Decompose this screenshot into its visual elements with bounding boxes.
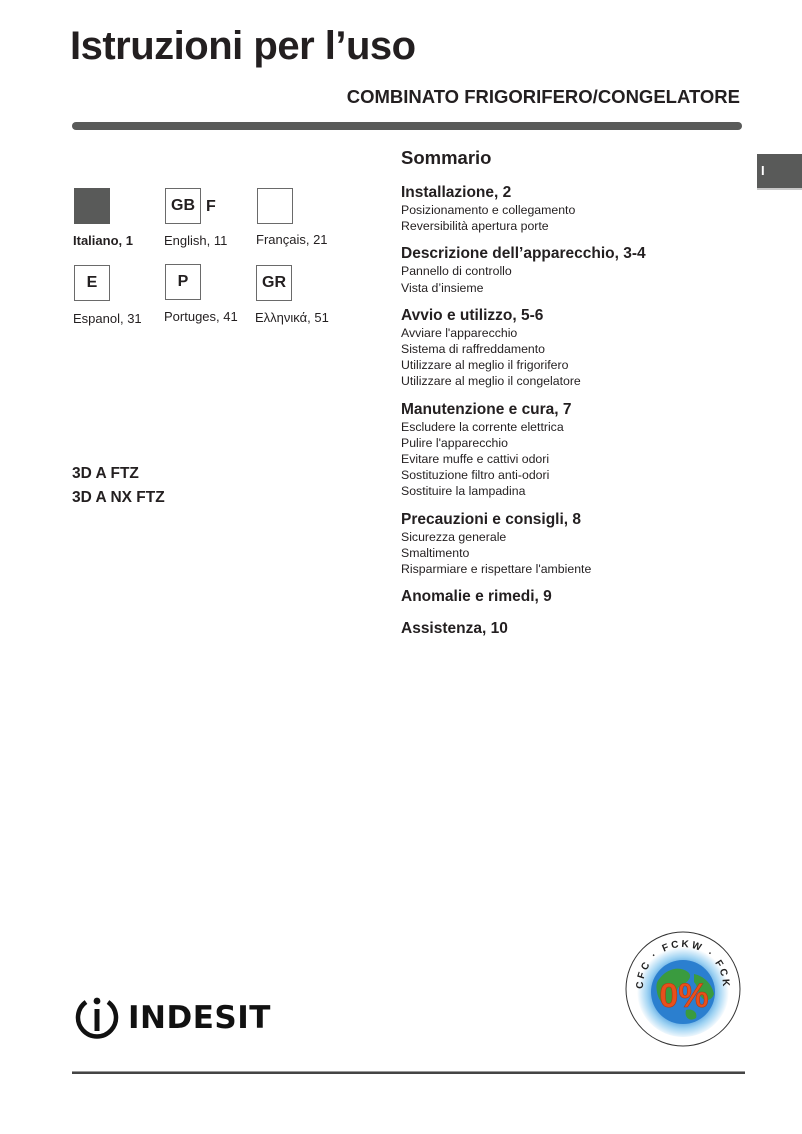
toc-item[interactable]: Reversibilità apertura porte xyxy=(401,218,761,234)
toc-item[interactable]: Evitare muffe e cattivi odori xyxy=(401,451,761,467)
language-box-francais[interactable] xyxy=(257,188,293,224)
badge-center-text: 0% xyxy=(659,977,708,1015)
toc-section: Avvio e utilizzo, 5-6Avviare l'apparecch… xyxy=(401,306,761,390)
language-label-espanol[interactable]: Espanol, 31 xyxy=(73,311,142,326)
indesit-i-logo-icon xyxy=(72,993,122,1043)
model-list: 3D A FTZ 3D A NX FTZ xyxy=(72,462,165,510)
toc-section: Anomalie e rimedi, 9 xyxy=(401,587,761,606)
language-box-english[interactable]: GB xyxy=(165,188,201,224)
toc-item[interactable]: Escludere la corrente elettrica xyxy=(401,419,761,435)
toc-section-heading[interactable]: Avvio e utilizzo, 5-6 xyxy=(401,306,761,325)
toc-section-heading[interactable]: Manutenzione e cura, 7 xyxy=(401,400,761,419)
language-box-portuges[interactable]: P xyxy=(165,264,201,300)
language-label-italiano[interactable]: Italiano, 1 xyxy=(73,233,133,248)
language-box-extra-code: F xyxy=(206,198,216,216)
toc-item[interactable]: Sicurezza generale xyxy=(401,529,761,545)
brand-name: INDESIT xyxy=(128,1000,271,1036)
model-name: 3D A NX FTZ xyxy=(72,486,165,510)
product-type-subtitle: COMBINATO FRIGORIFERO/CONGELATORE xyxy=(347,86,740,108)
toc-item[interactable]: Sistema di raffreddamento xyxy=(401,341,761,357)
toc-item[interactable]: Utilizzare al meglio il frigorifero xyxy=(401,357,761,373)
cfc-free-badge: 0% CFC · FCKW · FCK xyxy=(624,930,742,1048)
toc-item[interactable]: Pannello di controllo xyxy=(401,263,761,279)
language-side-tab-label: I xyxy=(761,163,765,178)
toc-section: Descrizione dell’apparecchio, 3-4Pannell… xyxy=(401,244,761,295)
toc-item[interactable]: Posizionamento e collegamento xyxy=(401,202,761,218)
page-title: Istruzioni per l’uso xyxy=(70,24,416,68)
language-side-tab: I xyxy=(757,154,802,190)
toc-section-heading[interactable]: Descrizione dell’apparecchio, 3-4 xyxy=(401,244,761,263)
toc-item[interactable]: Utilizzare al meglio il congelatore xyxy=(401,373,761,389)
language-box-espanol[interactable]: E xyxy=(74,265,110,301)
language-box-greek[interactable]: GR xyxy=(256,265,292,301)
toc-section-heading[interactable]: Precauzioni e consigli, 8 xyxy=(401,510,761,529)
toc-item[interactable]: Risparmiare e rispettare l'ambiente xyxy=(401,561,761,577)
language-label-greek[interactable]: Ελληνικά, 51 xyxy=(255,310,329,325)
toc-section-heading[interactable]: Installazione, 2 xyxy=(401,183,761,202)
toc-section: Manutenzione e cura, 7Escludere la corre… xyxy=(401,400,761,500)
table-of-contents: Sommario Installazione, 2Posizionamento … xyxy=(401,146,761,651)
model-name: 3D A FTZ xyxy=(72,462,165,486)
toc-section: Assistenza, 10 xyxy=(401,619,761,638)
footer-divider xyxy=(72,1071,745,1074)
language-box-italiano[interactable] xyxy=(74,188,110,224)
toc-item[interactable]: Vista d’insieme xyxy=(401,280,761,296)
language-label-english[interactable]: English, 11 xyxy=(164,233,227,248)
toc-item[interactable]: Sostituire la lampadina xyxy=(401,483,761,499)
language-label-portuges[interactable]: Portuges, 41 xyxy=(164,309,238,324)
toc-item[interactable]: Avviare l'apparecchio xyxy=(401,325,761,341)
toc-title: Sommario xyxy=(401,146,761,170)
language-label-francais[interactable]: Français, 21 xyxy=(256,232,328,247)
toc-section: Installazione, 2Posizionamento e collega… xyxy=(401,183,761,234)
header-divider xyxy=(72,122,742,130)
indesit-logo: INDESIT xyxy=(72,994,271,1042)
toc-section-heading[interactable]: Anomalie e rimedi, 9 xyxy=(401,587,761,606)
toc-item[interactable]: Sostituzione filtro anti-odori xyxy=(401,467,761,483)
toc-section-heading[interactable]: Assistenza, 10 xyxy=(401,619,761,638)
toc-section: Precauzioni e consigli, 8Sicurezza gener… xyxy=(401,510,761,578)
toc-item[interactable]: Smaltimento xyxy=(401,545,761,561)
toc-item[interactable]: Pulire l'apparecchio xyxy=(401,435,761,451)
